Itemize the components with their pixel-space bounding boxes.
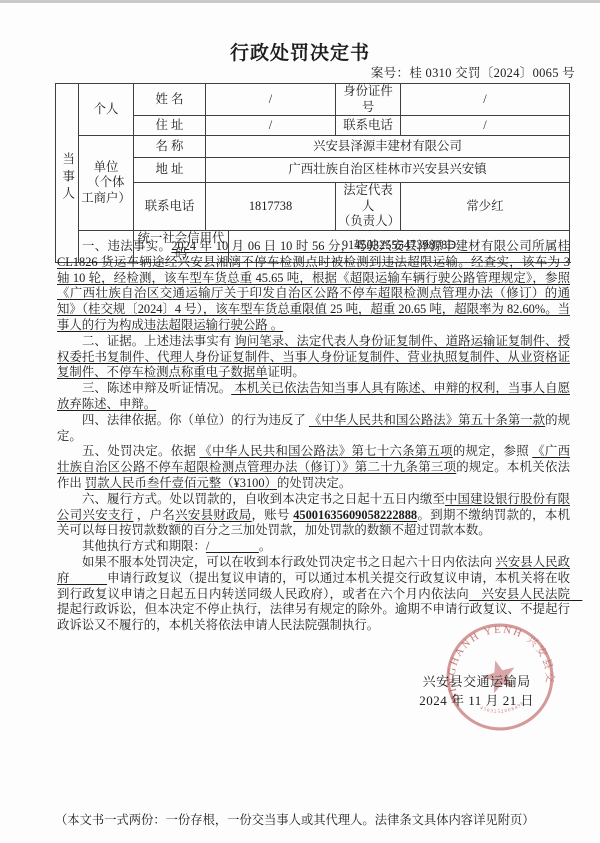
id-value: /: [401, 84, 570, 116]
unit-phone-value: 1817738: [206, 183, 336, 231]
paragraph-segment: 一、违法事实。: [82, 239, 171, 253]
party-info-table: 当事人 个人 姓 名 / 身份证件号 / 住 址 / 联系电话 / 单位 （个体…: [55, 83, 570, 263]
paragraph-segment: 。: [259, 539, 271, 553]
legal-rep-label: 法定代表人 （负责人）: [336, 183, 401, 231]
issuing-agency: 兴安县交通运输局: [419, 672, 534, 691]
issue-date: 2024 年 11 月 21 日: [419, 691, 534, 710]
unit-name-value: 兴安县泽源丰建材有限公司: [206, 136, 570, 158]
document-title: 行政处罚决定书: [0, 38, 600, 65]
signature-block: 兴安县交通运输局 2024 年 11 月 21 日: [419, 672, 534, 710]
unit-group-cell: 单位 （个体 工商户）: [79, 136, 134, 231]
paragraph-segment: 五、处罚决定。依据: [82, 444, 199, 458]
unit-address-label: 地 址: [134, 158, 206, 183]
paragraph-segment: 如果不服本处罚决定，可以在收到本行政处罚决定书之日起六十日内依法向: [82, 555, 495, 569]
table-row: 住 址 / 联系电话 /: [56, 116, 570, 136]
paragraph: 二、证据。上述违法事实有 询问笔录、法定代表人身份证复制件、道路运输证复制件、授…: [57, 334, 570, 381]
paragraph-segment: 罚款人民币叁仟壹佰元整（¥3100）: [85, 476, 277, 490]
id-label: 身份证件号: [336, 84, 401, 116]
paragraph-segment: 《中华人民共和国公路法》第五十条第一款: [309, 413, 545, 427]
unit-address-value: 广西壮族自治区桂林市兴安县兴安镇: [206, 158, 570, 183]
unit-name-label: 名 称: [134, 136, 206, 158]
paragraph-segment: 《中华人民共和国公路法》第七十六条第五项: [199, 444, 452, 458]
scan-edge-strip: [0, 0, 600, 3]
paragraph-segment: 的处罚决定。: [277, 476, 351, 490]
case-number: 案号：桂 0310 交罚〔2024〕0065 号: [371, 63, 575, 81]
footer-note: （本文书一式两份：一份存根，一份交当事人或其代理人。法律条文具体内容详见附页）: [55, 810, 535, 828]
table-row: 地 址 广西壮族自治区桂林市兴安县兴安镇: [56, 158, 570, 183]
paragraph-segment: ，户名: [133, 508, 175, 522]
paragraph-segment: 二、证据。上述违法事实有: [82, 334, 234, 348]
personal-group-cell: 个人: [79, 84, 134, 136]
paragraph-segment: /: [206, 539, 259, 553]
paragraph: 其他执行方式和期限：/ 。: [57, 539, 570, 555]
paragraph-segment: ，账号: [252, 508, 294, 522]
phone-value: /: [401, 116, 570, 136]
paragraph-segment: 四、法律依据。你（单位）的行为违反了: [82, 413, 309, 427]
paragraph: 三、陈述申辩及听证情况。 本机关已依法告知当事人具有陈述、申辩的权利，当事人自愿…: [57, 381, 570, 413]
body-paragraphs: 一、违法事实。2024 年 10 月 06 日 10 时 56 分，驾驶兴安县泽…: [57, 239, 570, 634]
table-row: 当事人 个人 姓 名 / 身份证件号 /: [56, 84, 570, 116]
paragraph-segment: 的规定，参照: [453, 444, 532, 458]
phone-label: 联系电话: [336, 116, 401, 136]
paragraph-segment: 证明。: [268, 365, 305, 379]
paragraph-segment: 45001635609058222888: [293, 508, 417, 522]
paragraph: 四、法律依据。你（单位）的行为违反了 《中华人民共和国公路法》第五十条第一款的规…: [57, 413, 570, 445]
paragraph-segment: 六、履行方式。处以罚款的，自收到本决定书之日起十五日内缴至: [82, 492, 445, 506]
party-label-cell: 当事人: [56, 84, 79, 263]
address-label: 住 址: [134, 116, 206, 136]
legal-rep-value: 常少红: [401, 183, 570, 231]
paragraph: 五、处罚决定。依据 《中华人民共和国公路法》第七十六条第五项的规定，参照 《广西…: [57, 444, 570, 491]
paragraph-segment: 其他执行方式和期限：: [82, 539, 206, 553]
party-label: 当事人: [59, 152, 75, 204]
table-row: 联系电话 1817738 法定代表人 （负责人） 常少红: [56, 183, 570, 231]
paragraph: 一、违法事实。2024 年 10 月 06 日 10 时 56 分，驾驶兴安县泽…: [57, 239, 570, 334]
paragraph-segment: 兴安县人民法院: [469, 587, 582, 601]
address-value: /: [206, 116, 336, 136]
paragraph-segment: 兴安县财政局: [175, 508, 251, 522]
name-value: /: [206, 84, 336, 116]
unit-phone-label: 联系电话: [134, 183, 206, 231]
paragraph-segment: 三、陈述申辩及听证情况。: [82, 381, 231, 395]
table-row: 单位 （个体 工商户） 名 称 兴安县泽源丰建材有限公司: [56, 136, 570, 158]
paragraph: 六、履行方式。处以罚款的，自收到本决定书之日起十五日内缴至中国建设银行股份有限公…: [57, 492, 570, 539]
penalty-decision-document: 行政处罚决定书 案号：桂 0310 交罚〔2024〕0065 号 当事人 个人 …: [0, 0, 600, 843]
name-label: 姓 名: [134, 84, 206, 116]
